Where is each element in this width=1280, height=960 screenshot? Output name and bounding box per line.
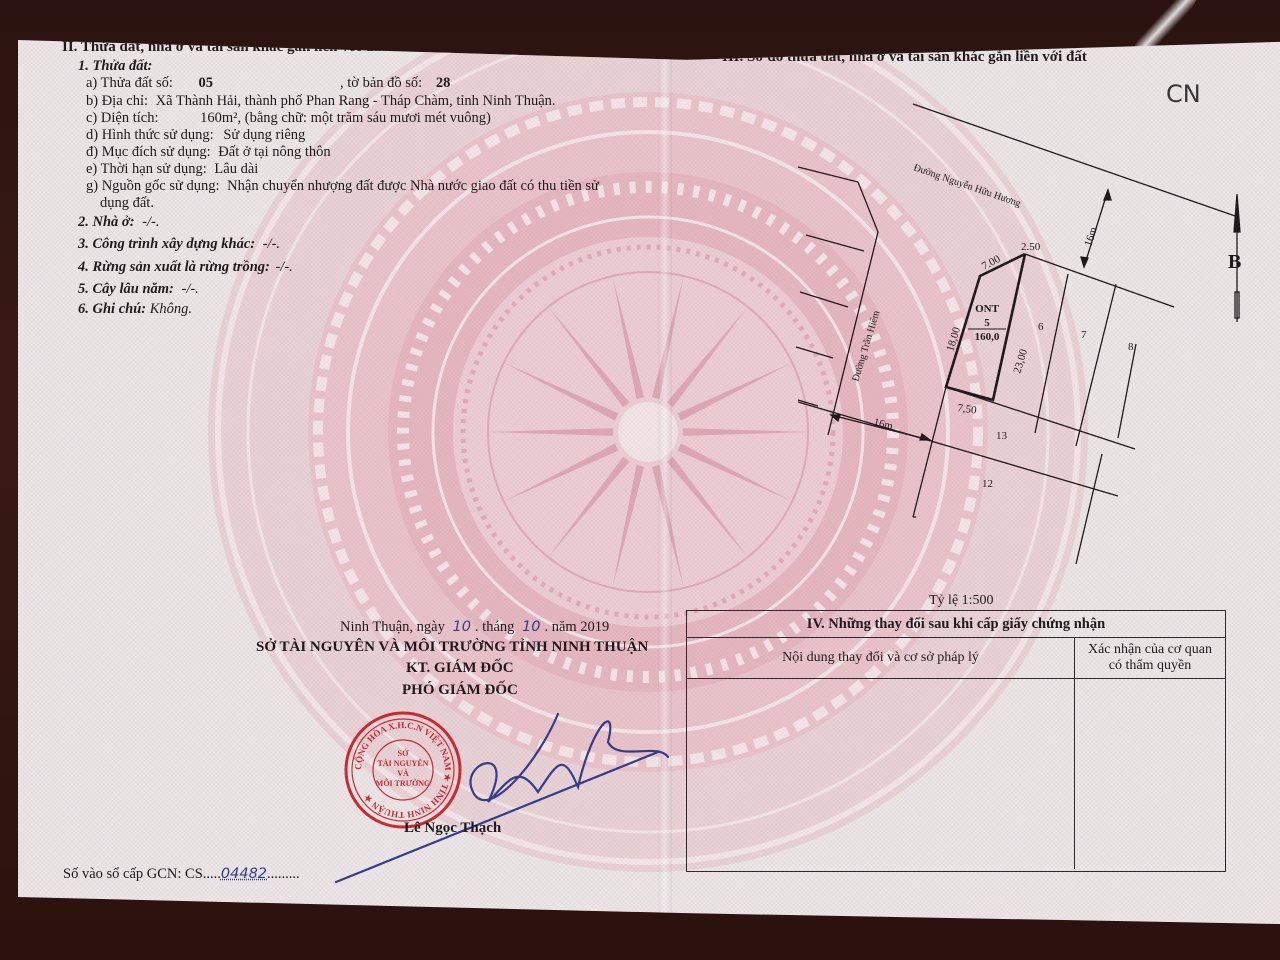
svg-text:16m: 16m: [1082, 225, 1100, 248]
svg-text:8: 8: [1128, 341, 1134, 353]
column-authority-confirmation: Xác nhận của cơ quancó thẩm quyền: [1075, 638, 1225, 678]
land-certificate-page: II. Thửa đất, nhà ở và tài sản khác gắn …: [18, 22, 1280, 924]
svg-text:7: 7: [1081, 329, 1087, 341]
section-4-title: IV. Những thay đổi sau khi cấp giấy chứn…: [687, 611, 1225, 638]
svg-text:16m: 16m: [872, 416, 894, 432]
svg-text:Đường Nguyễn Hữu Hương: Đường Nguyễn Hữu Hương: [912, 162, 1022, 209]
authority-confirmation-cell: [1075, 679, 1225, 869]
scale-label: Tỷ lệ 1:500: [929, 592, 994, 609]
svg-text:5: 5: [984, 317, 990, 329]
svg-text:23,00: 23,00: [1011, 347, 1030, 375]
svg-text:B: B: [1228, 251, 1241, 273]
svg-text:6: 6: [1038, 321, 1044, 333]
svg-text:Đường Trần Hiếm: Đường Trần Hiếm: [850, 309, 882, 383]
changes-table: IV. Những thay đổi sau khi cấp giấy chứn…: [686, 610, 1226, 872]
changes-table-header: Nội dung thay đổi và cơ sở pháp lý Xác n…: [687, 638, 1225, 679]
svg-text:2.50: 2.50: [1021, 241, 1041, 253]
change-content-cell: [687, 679, 1075, 869]
table-glare: [1134, 0, 1196, 48]
column-change-content: Nội dung thay đổi và cơ sở pháp lý: [687, 638, 1075, 678]
svg-text:160,0: 160,0: [975, 331, 1000, 343]
svg-text:12: 12: [982, 478, 993, 490]
svg-text:13: 13: [996, 430, 1008, 442]
svg-text:7,50: 7,50: [957, 402, 978, 417]
changes-table-body: [687, 679, 1225, 869]
svg-text:ONT: ONT: [975, 303, 1000, 315]
